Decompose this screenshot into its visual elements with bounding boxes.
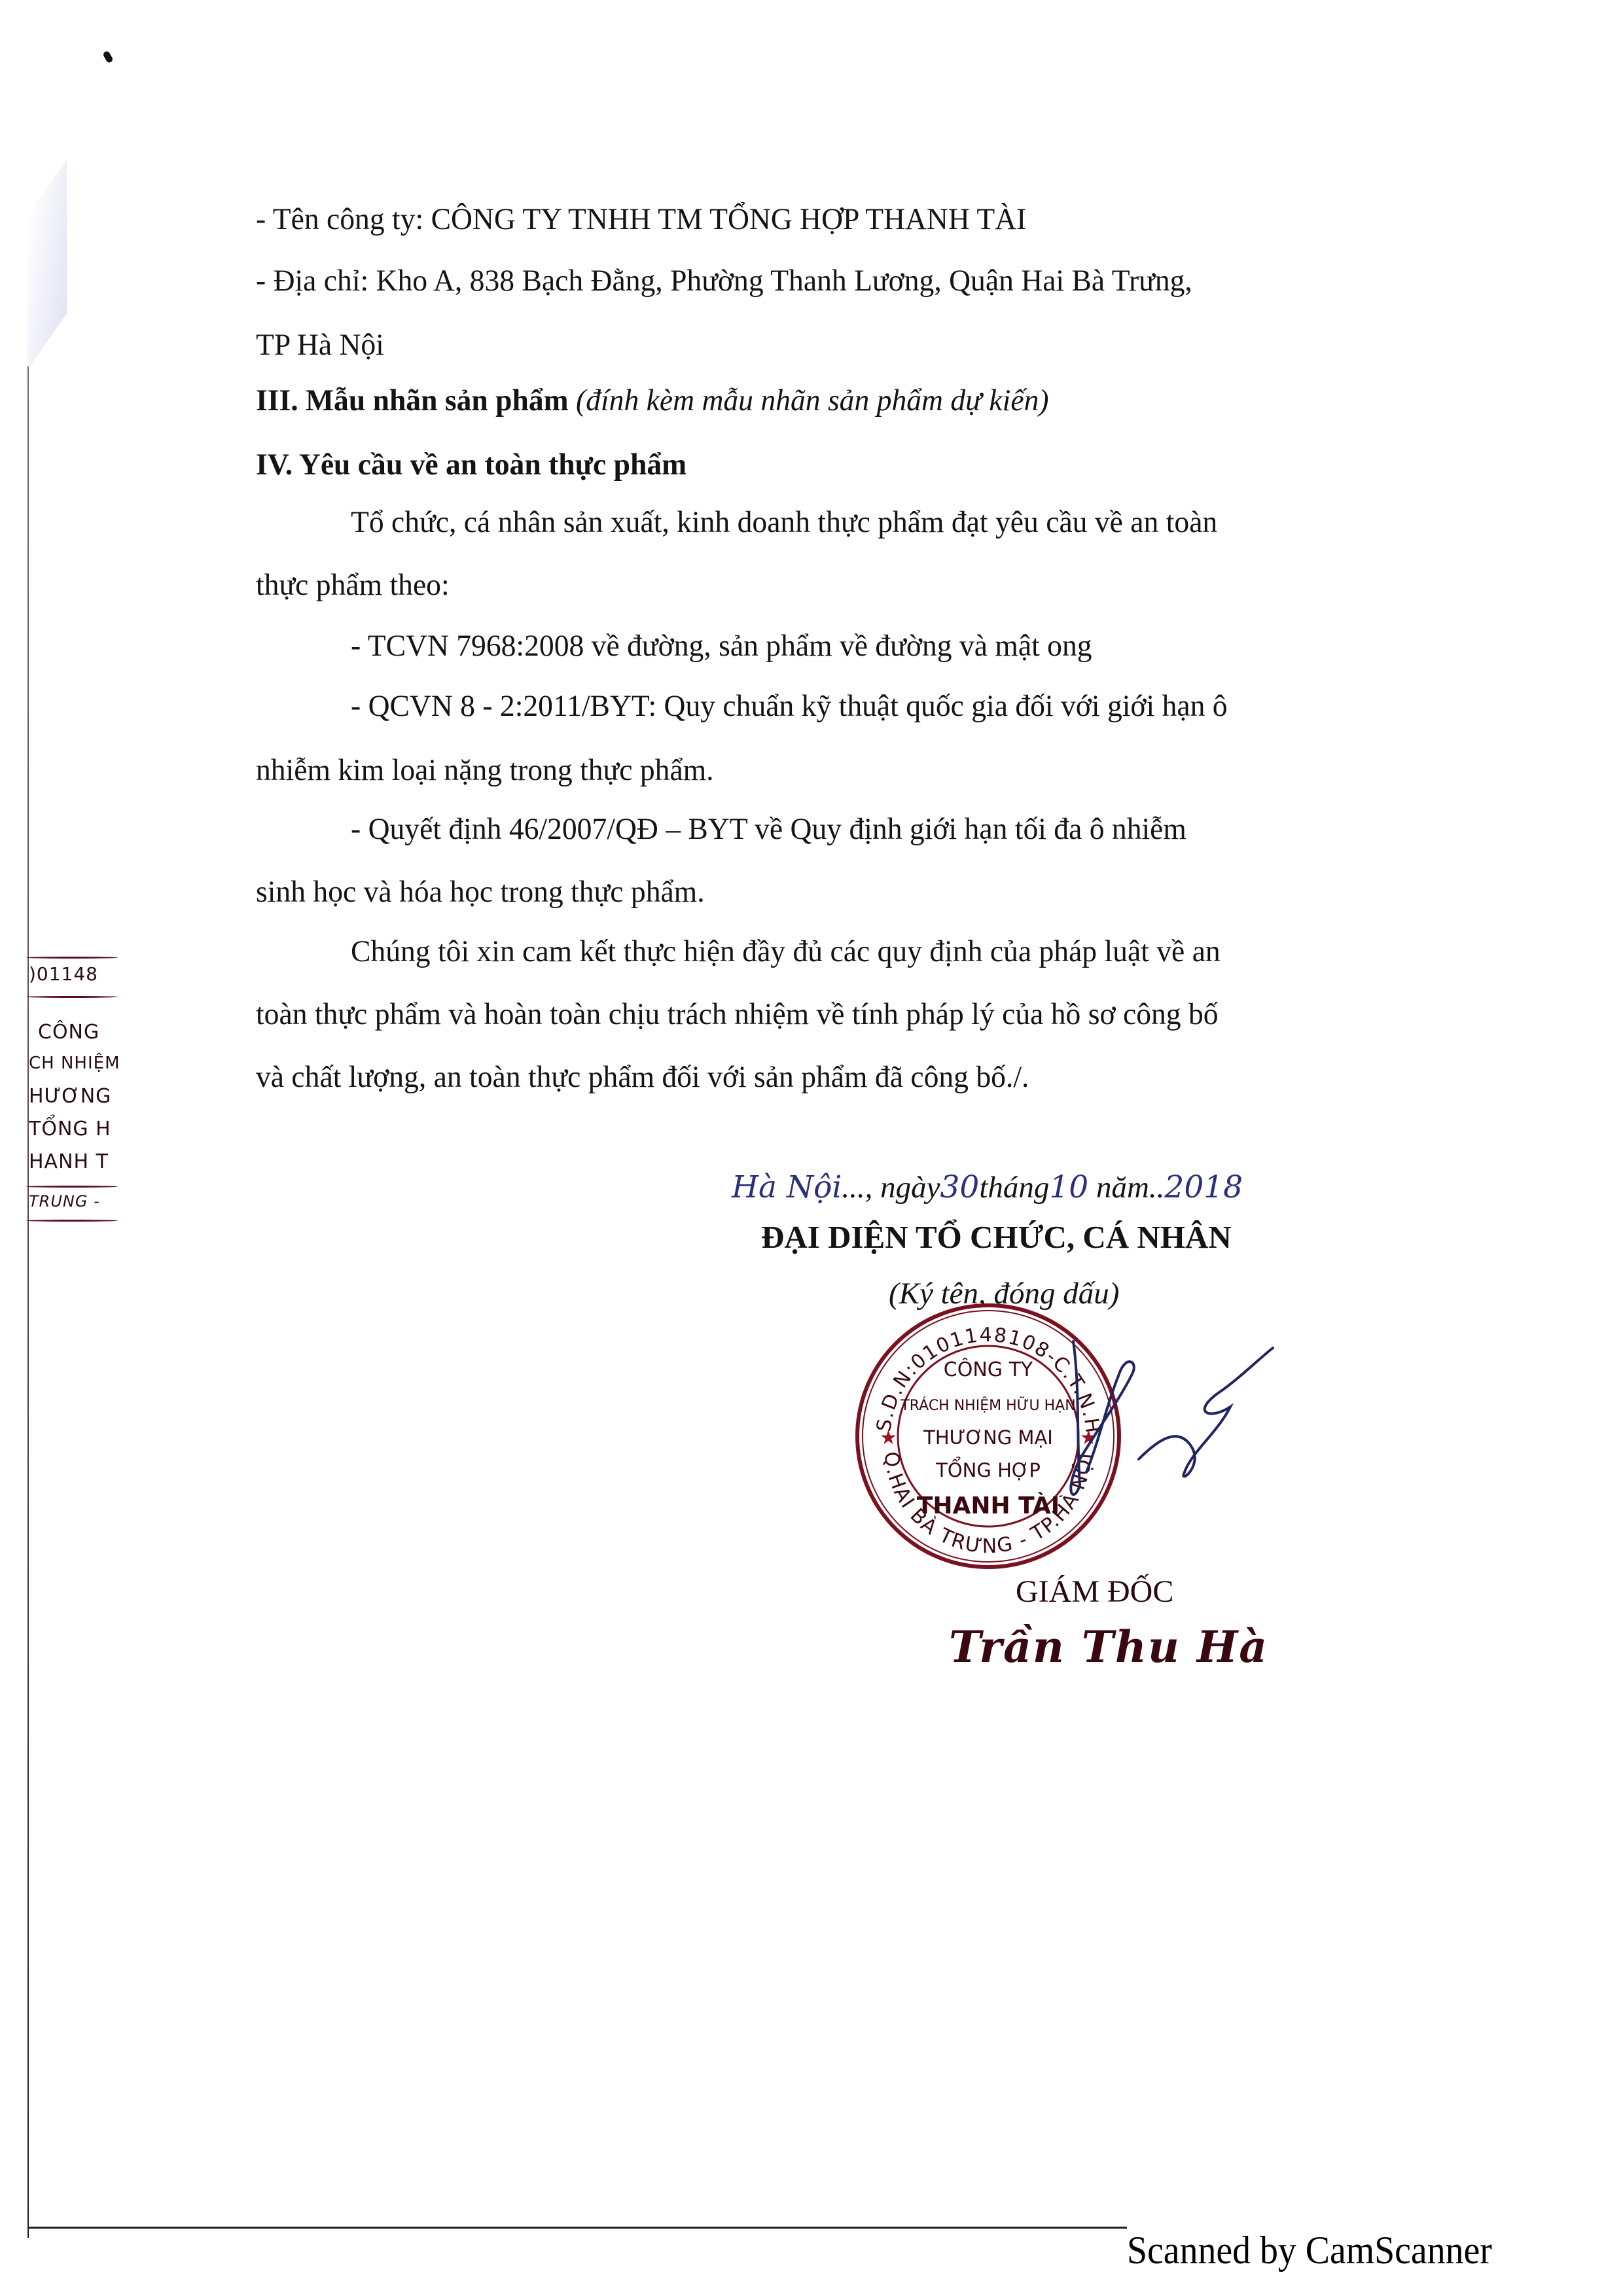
side-stamp-line: TỔNG H bbox=[29, 1118, 111, 1140]
handwritten-signature bbox=[1060, 1335, 1276, 1518]
place-handwritten: Hà Nội bbox=[732, 1169, 842, 1205]
page-edge-left bbox=[27, 366, 29, 2238]
stamp-arc bbox=[26, 1220, 118, 1222]
seal-inner-line: CÔNG TY bbox=[944, 1357, 1033, 1381]
side-stamp-line: CH NHIỆM bbox=[29, 1053, 120, 1073]
standard-2-line-1: - QCVN 8 - 2:2011/BYT: Quy chuẩn kỹ thuậ… bbox=[351, 686, 1228, 726]
star-icon: ★ bbox=[880, 1427, 897, 1449]
month-handwritten: 10 bbox=[1049, 1169, 1088, 1205]
signatory-position: GIÁM ĐỐC bbox=[1016, 1574, 1173, 1610]
section-iii-note: (đính kèm mẫu nhãn sản phẩm dự kiến) bbox=[569, 383, 1049, 417]
year-handwritten: 2018 bbox=[1164, 1169, 1243, 1205]
seal-inner-line: TỔNG HỢP bbox=[935, 1457, 1041, 1481]
standard-3-line-1: - Quyết định 46/2007/QĐ – BYT về Quy địn… bbox=[351, 809, 1186, 849]
date-separator: ..., ngày bbox=[842, 1171, 940, 1205]
stamp-arc bbox=[26, 1186, 118, 1188]
commitment-line-2: toàn thực phẩm và hoàn toàn chịu trách n… bbox=[256, 995, 1219, 1034]
intro-line-2: thực phẩm theo: bbox=[256, 565, 450, 605]
stamp-arc bbox=[26, 996, 118, 998]
camscanner-watermark: Scanned by CamScanner bbox=[1127, 2228, 1492, 2273]
section-iii: III. Mẫu nhãn sản phẩm (đính kèm mẫu nhã… bbox=[256, 381, 1049, 420]
address-line-1: - Địa chỉ: Kho A, 838 Bạch Đằng, Phường … bbox=[256, 261, 1192, 300]
day-handwritten: 30 bbox=[940, 1169, 980, 1205]
month-label: tháng bbox=[979, 1171, 1049, 1205]
year-label: năm.. bbox=[1088, 1171, 1164, 1205]
standard-1: - TCVN 7968:2008 về đường, sản phẩm về đ… bbox=[351, 626, 1092, 665]
signatory-title: ĐẠI DIỆN TỔ CHỨC, CÁ NHÂN bbox=[761, 1218, 1232, 1256]
stamp-arc bbox=[26, 957, 118, 959]
section-iii-heading: III. Mẫu nhãn sản phẩm bbox=[256, 383, 569, 417]
scan-speck bbox=[102, 50, 114, 64]
side-stamp-fragment: )01148 CÔNG CH NHIỆM HƯƠNG TỔNG H HANH T… bbox=[26, 955, 124, 1230]
signatory-name: Trần Thu Hà bbox=[949, 1621, 1268, 1672]
commitment-line-1: Chúng tôi xin cam kết thực hiện đầy đủ c… bbox=[351, 932, 1221, 971]
side-stamp-line: HƯƠNG bbox=[29, 1085, 111, 1108]
section-iv-heading: IV. Yêu cầu về an toàn thực phẩm bbox=[256, 445, 687, 484]
seal-inner-line: THƯƠNG MẠI bbox=[923, 1426, 1053, 1449]
seal-inner-line: THANH TÀI bbox=[917, 1492, 1060, 1519]
intro-line-1: Tổ chức, cá nhân sản xuất, kinh doanh th… bbox=[351, 503, 1217, 542]
year-label-text: năm bbox=[1096, 1171, 1149, 1205]
standard-2-line-2: nhiễm kim loại nặng trong thực phẩm. bbox=[256, 751, 714, 790]
page-edge-shadow bbox=[27, 160, 67, 370]
page-edge-bottom bbox=[27, 2227, 1127, 2229]
company-name-line: - Tên công ty: CÔNG TY TNHH TM TỔNG HỢP … bbox=[256, 200, 1026, 239]
seal-inner-line: TRÁCH NHIỆM HỮU HẠN bbox=[900, 1396, 1075, 1414]
date-line: Hà Nội..., ngày30tháng10 năm..2018 bbox=[732, 1168, 1243, 1207]
commitment-line-3: và chất lượng, an toàn thực phẩm đối với… bbox=[256, 1057, 1029, 1097]
side-stamp-line: CÔNG bbox=[38, 1021, 99, 1044]
address-line-2: TP Hà Nội bbox=[256, 325, 384, 364]
side-stamp-line: TRUNG - bbox=[29, 1192, 100, 1210]
side-stamp-line: )01148 bbox=[29, 963, 98, 985]
side-stamp-line: HANH T bbox=[29, 1150, 109, 1173]
standard-3-line-2: sinh học và hóa học trong thực phẩm. bbox=[256, 872, 705, 911]
